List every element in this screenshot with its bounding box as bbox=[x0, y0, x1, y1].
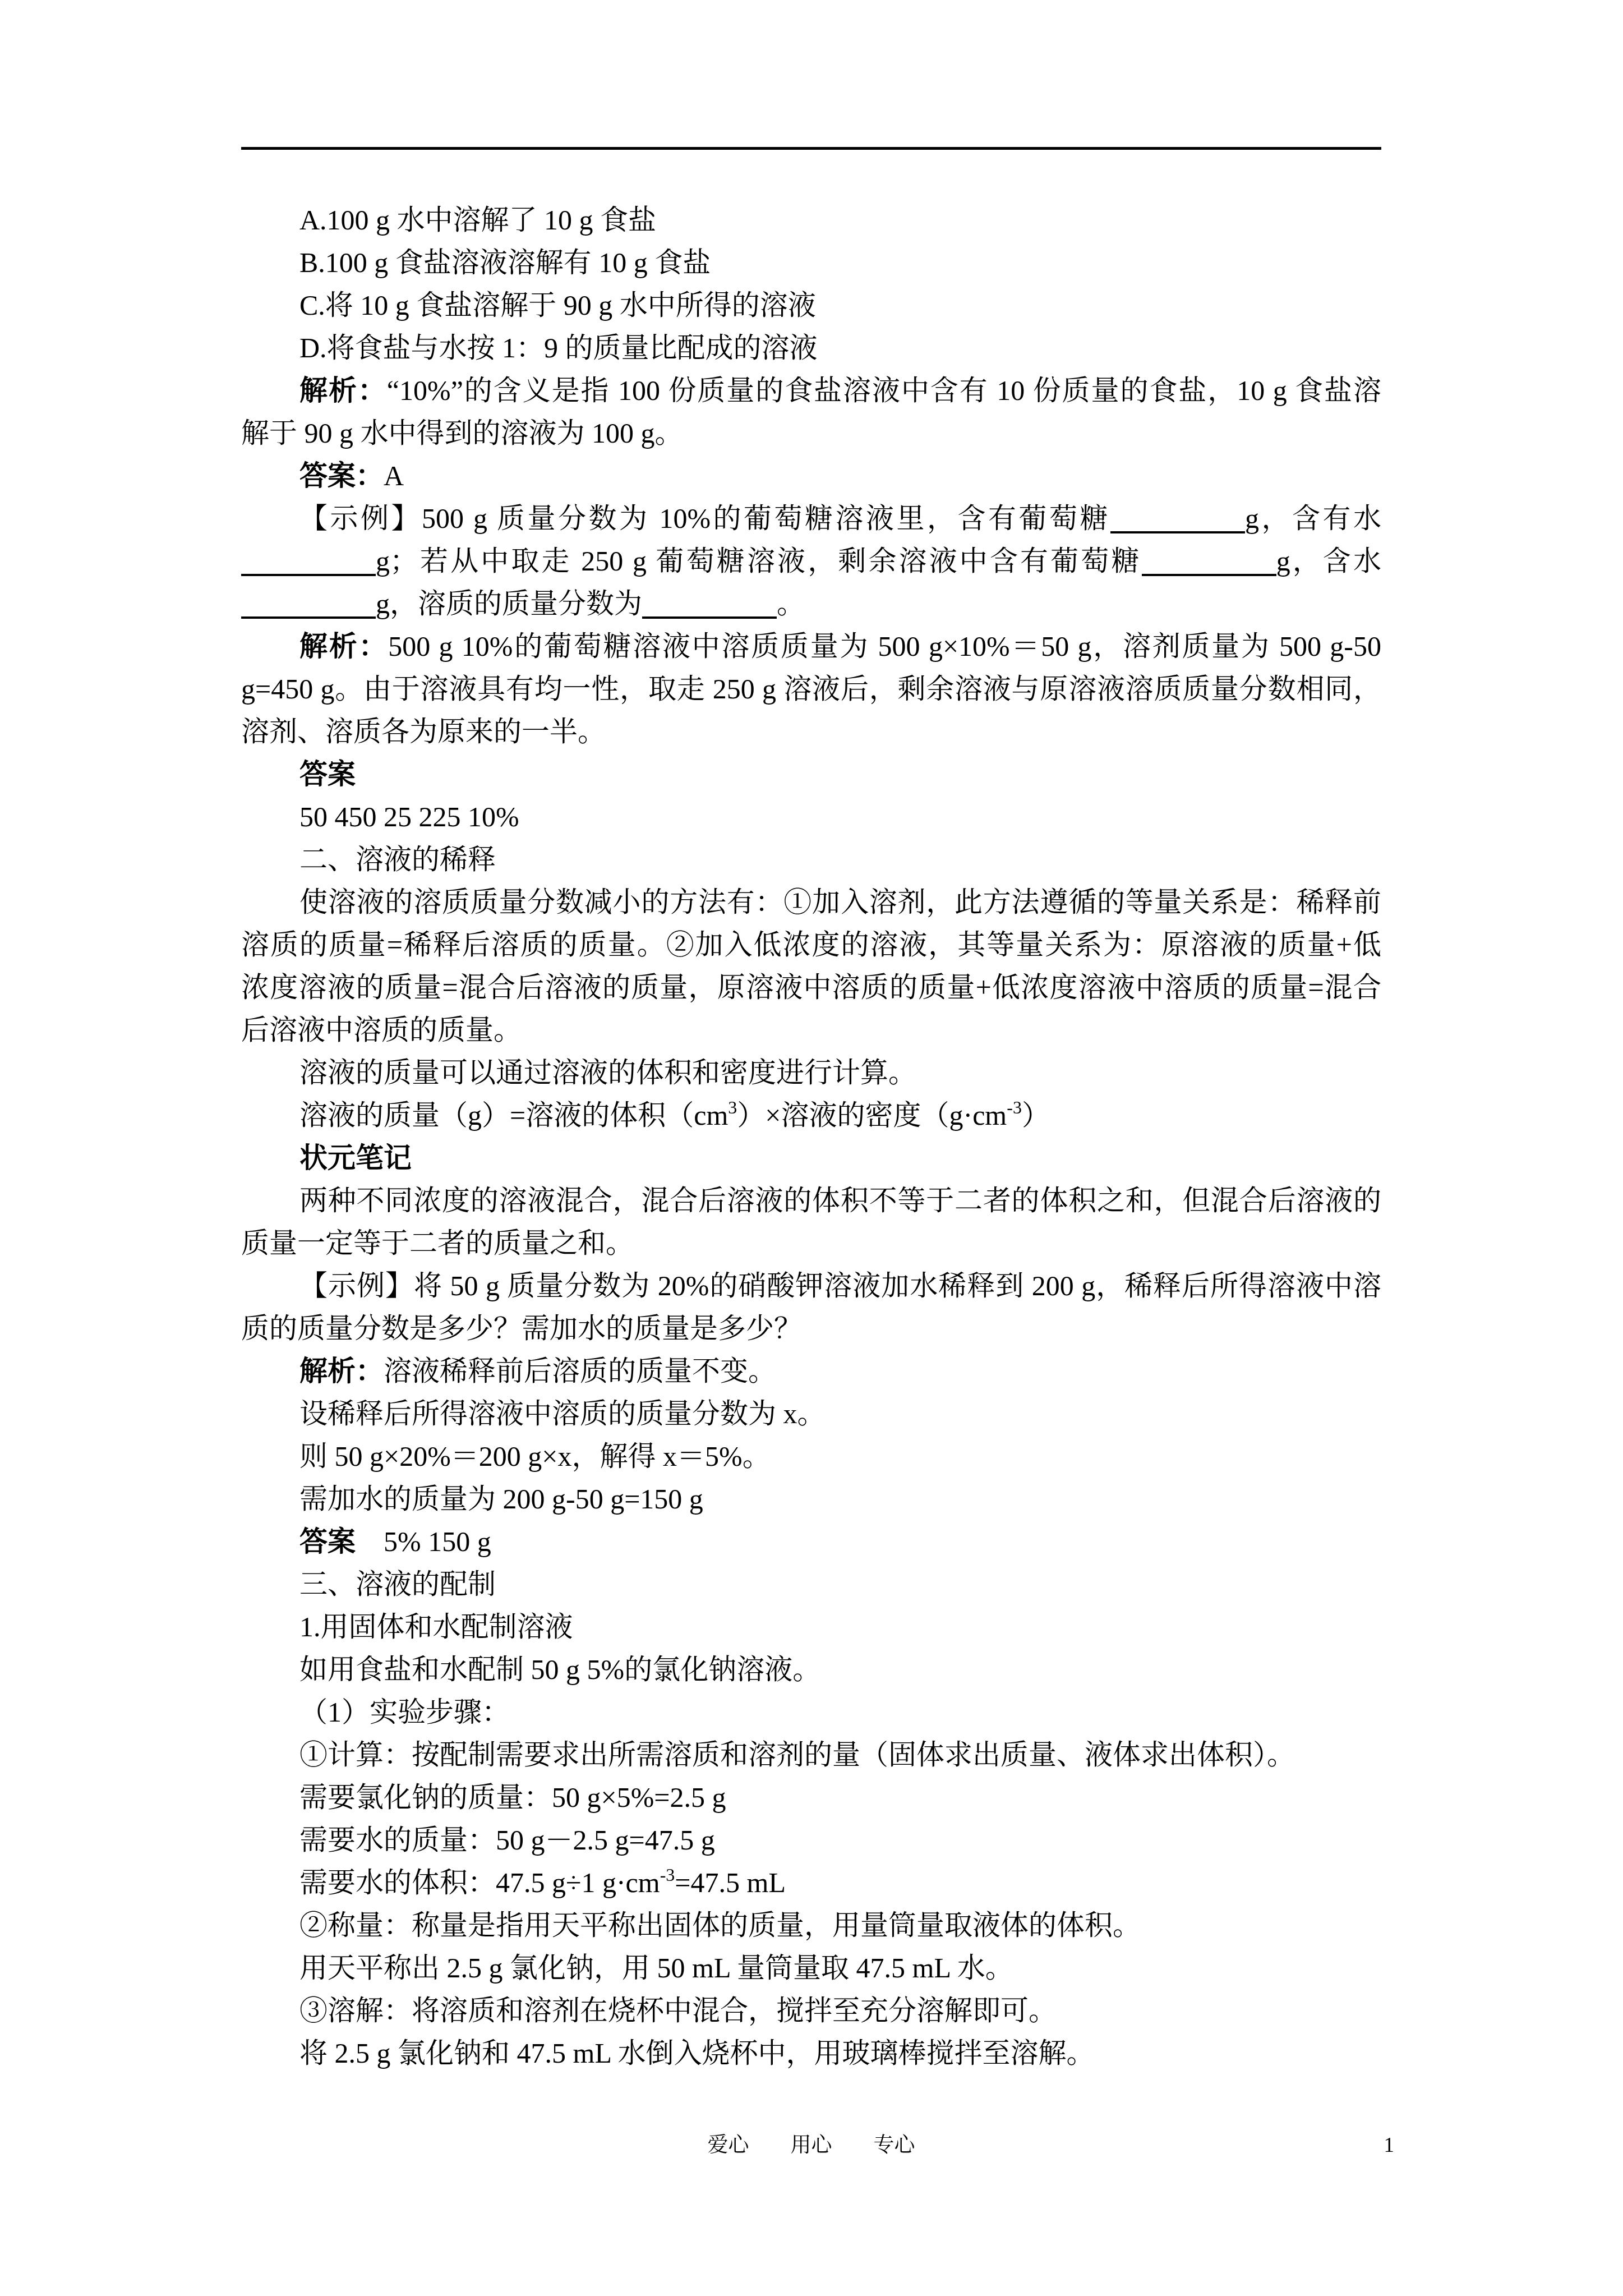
document-line: 溶液的质量可以通过溶液的体积和密度进行计算。 bbox=[241, 1051, 1381, 1094]
answer-blank bbox=[1142, 574, 1276, 576]
text-run: 需要氯化钠的质量：50 g×5%=2.5 g bbox=[299, 1782, 726, 1813]
answer-blank bbox=[241, 616, 376, 619]
document-line: ①计算：按配制需要求出所需溶质和溶剂的量（固体求出质量、液体求出体积）。 bbox=[241, 1733, 1381, 1776]
text-run: 解于 90 g 水中得到的溶液为 100 g。 bbox=[241, 417, 683, 449]
document-line: A.100 g 水中溶解了 10 g 食盐 bbox=[241, 199, 1381, 241]
document-line: 需要氯化钠的质量：50 g×5%=2.5 g bbox=[241, 1776, 1381, 1819]
text-run: ①计算：按配制需要求出所需溶质和溶剂的量（固体求出质量、液体求出体积）。 bbox=[299, 1739, 1295, 1770]
text-run: 如用食盐和水配制 50 g 5%的氯化钠溶液。 bbox=[299, 1654, 820, 1685]
text-run: “10%”的含义是指 100 份质量的食盐溶液中含有 10 份质量的食盐，10 … bbox=[387, 375, 1381, 406]
text-run: 则 50 g×20%＝200 g×x，解得 x＝5%。 bbox=[299, 1441, 771, 1472]
document-line: 如用食盐和水配制 50 g 5%的氯化钠溶液。 bbox=[241, 1648, 1381, 1691]
text-run: 溶剂、溶质各为原来的一半。 bbox=[241, 716, 606, 747]
page-number: 1 bbox=[1384, 2132, 1395, 2160]
text-run: ②称量：称量是指用天平称出固体的质量，用量筒量取液体的体积。 bbox=[299, 1910, 1141, 1941]
text-run: ）×溶液的密度（g·cm bbox=[737, 1099, 1007, 1131]
text-run: B.100 g 食盐溶液溶解有 10 g 食盐 bbox=[299, 247, 711, 278]
document-line: 溶液的质量（g）=溶液的体积（cm3）×溶液的密度（g·cm-3） bbox=[241, 1094, 1381, 1137]
text-run: 500 g 10%的葡萄糖溶液中溶质质量为 500 g×10%＝50 g，溶剂质… bbox=[388, 631, 1381, 662]
text-run: C.将 10 g 食盐溶解于 90 g 水中所得的溶液 bbox=[299, 289, 816, 321]
text-run: ③溶解：将溶质和溶剂在烧杯中混合，搅拌至充分溶解即可。 bbox=[299, 1995, 1057, 2026]
text-run: g，含水 bbox=[1276, 545, 1381, 577]
text-run: A bbox=[384, 460, 404, 491]
text-run: 5% 150 g bbox=[356, 1526, 491, 1557]
text-run: 【示例】500 g 质量分数为 10%的葡萄糖溶液里，含有葡萄糖 bbox=[299, 503, 1110, 534]
answer-blank bbox=[241, 574, 376, 576]
document-line: 解于 90 g 水中得到的溶液为 100 g。 bbox=[241, 412, 1381, 454]
footer-motto: 爱心 用心 专心 bbox=[241, 2132, 1381, 2160]
document-line: 三、溶液的配制 bbox=[241, 1563, 1381, 1605]
document-line: 需要水的质量：50 g－2.5 g=47.5 g bbox=[241, 1819, 1381, 1861]
document-line: 【示例】500 g 质量分数为 10%的葡萄糖溶液里，含有葡萄糖g，含有水 bbox=[241, 497, 1381, 540]
document-line: 解析：溶液稀释前后溶质的质量不变。 bbox=[241, 1350, 1381, 1392]
bold-text-run: 解析： bbox=[299, 375, 387, 406]
text-run: 溶质的质量=稀释后溶质的质量。②加入低浓度的溶液，其等量关系为：原溶液的质量+低 bbox=[241, 929, 1381, 960]
text-run: 三、溶液的配制 bbox=[299, 1568, 496, 1600]
document-line: ②称量：称量是指用天平称出固体的质量，用量筒量取液体的体积。 bbox=[241, 1904, 1381, 1947]
text-run: 需要水的体积：47.5 g÷1 g·cm bbox=[299, 1867, 660, 1898]
document-line: 50 450 25 225 10% bbox=[241, 795, 1381, 838]
text-run: g；若从中取走 250 g 葡萄糖溶液，剩余溶液中含有葡萄糖 bbox=[376, 545, 1142, 577]
document-line: 解析：500 g 10%的葡萄糖溶液中溶质质量为 500 g×10%＝50 g，… bbox=[241, 625, 1381, 668]
document-line: g=450 g。由于溶液具有均一性，取走 250 g 溶液后，剩余溶液与原溶液溶… bbox=[241, 668, 1381, 710]
text-run: 溶液稀释前后溶质的质量不变。 bbox=[384, 1355, 776, 1387]
document-line: D.将食盐与水按 1：9 的质量比配成的溶液 bbox=[241, 326, 1381, 369]
text-run: 浓度溶液的质量=混合后溶液的质量，原溶液中溶质的质量+低浓度溶液中溶质的质量=混… bbox=[241, 972, 1381, 1003]
text-run: 50 450 25 225 10% bbox=[299, 801, 519, 832]
text-run: 设稀释后所得溶液中溶质的质量分数为 x。 bbox=[299, 1398, 826, 1429]
document-line: 使溶液的溶质质量分数减小的方法有：①加入溶剂，此方法遵循的等量关系是：稀释前 bbox=[241, 881, 1381, 923]
document-line: 浓度溶液的质量=混合后溶液的质量，原溶液中溶质的质量+低浓度溶液中溶质的质量=混… bbox=[241, 966, 1381, 1009]
bold-text-run: 答案 bbox=[299, 758, 356, 790]
text-run: 质量一定等于二者的质量之和。 bbox=[241, 1227, 634, 1259]
text-run: 需要水的质量：50 g－2.5 g=47.5 g bbox=[299, 1824, 715, 1856]
superscript: -3 bbox=[1007, 1097, 1022, 1117]
document-line: 将 2.5 g 氯化钠和 47.5 mL 水倒入烧杯中，用玻璃棒搅拌至溶解。 bbox=[241, 2032, 1381, 2074]
document-line: 质量一定等于二者的质量之和。 bbox=[241, 1222, 1381, 1264]
document-line: 状元笔记 bbox=[241, 1137, 1381, 1179]
text-run: 质的质量分数是多少？需加水的质量是多少？ bbox=[241, 1313, 802, 1344]
document-line: B.100 g 食盐溶液溶解有 10 g 食盐 bbox=[241, 241, 1381, 284]
document-line: 1.用固体和水配制溶液 bbox=[241, 1605, 1381, 1648]
document-line: 两种不同浓度的溶液混合，混合后溶液的体积不等于二者的体积之和，但混合后溶液的 bbox=[241, 1179, 1381, 1222]
text-run: 1.用固体和水配制溶液 bbox=[299, 1611, 573, 1642]
text-run: D.将食盐与水按 1：9 的质量比配成的溶液 bbox=[299, 332, 818, 364]
document-line: g，溶质的质量分数为。 bbox=[241, 582, 1381, 625]
bold-text-run: 状元笔记 bbox=[299, 1142, 412, 1174]
text-run: 溶液的质量（g）=溶液的体积（cm bbox=[299, 1099, 728, 1131]
document-line: 用天平称出 2.5 g 氯化钠，用 50 mL 量筒量取 47.5 mL 水。 bbox=[241, 1947, 1381, 1989]
document-line: 【示例】将 50 g 质量分数为 20%的硝酸钾溶液加水稀释到 200 g，稀释… bbox=[241, 1264, 1381, 1307]
text-run: 二、溶液的稀释 bbox=[299, 844, 496, 875]
answer-blank bbox=[642, 616, 777, 619]
superscript: -3 bbox=[660, 1865, 675, 1885]
text-run: 将 2.5 g 氯化钠和 47.5 mL 水倒入烧杯中，用玻璃棒搅拌至溶解。 bbox=[299, 2037, 1095, 2069]
document-line: 溶剂、溶质各为原来的一半。 bbox=[241, 710, 1381, 753]
document-line: 则 50 g×20%＝200 g×x，解得 x＝5%。 bbox=[241, 1435, 1381, 1478]
text-run: g，含有水 bbox=[1245, 503, 1381, 534]
text-run: 。 bbox=[777, 588, 805, 619]
document-line: 答案 bbox=[241, 753, 1381, 795]
text-run: 使溶液的溶质质量分数减小的方法有：①加入溶剂，此方法遵循的等量关系是：稀释前 bbox=[299, 886, 1381, 918]
superscript: 3 bbox=[728, 1097, 737, 1117]
document-line: g；若从中取走 250 g 葡萄糖溶液，剩余溶液中含有葡萄糖g，含水 bbox=[241, 540, 1381, 582]
answer-blank bbox=[1110, 531, 1245, 533]
header-rule bbox=[241, 147, 1381, 150]
document-line: 设稀释后所得溶液中溶质的质量分数为 x。 bbox=[241, 1392, 1381, 1435]
document-line: 解析：“10%”的含义是指 100 份质量的食盐溶液中含有 10 份质量的食盐，… bbox=[241, 369, 1381, 412]
bold-text-run: 解析： bbox=[299, 1355, 384, 1387]
document-line: 后溶液中溶质的质量。 bbox=[241, 1009, 1381, 1051]
document-line: 质的质量分数是多少？需加水的质量是多少？ bbox=[241, 1307, 1381, 1350]
bold-text-run: 解析： bbox=[299, 631, 388, 662]
text-run: g，溶质的质量分数为 bbox=[376, 588, 642, 619]
text-run: =47.5 mL bbox=[675, 1867, 786, 1898]
text-run: A.100 g 水中溶解了 10 g 食盐 bbox=[299, 204, 656, 236]
document-content: A.100 g 水中溶解了 10 g 食盐B.100 g 食盐溶液溶解有 10 … bbox=[241, 199, 1381, 2074]
text-run: （1）实验步骤： bbox=[299, 1696, 510, 1728]
text-run: 后溶液中溶质的质量。 bbox=[241, 1014, 522, 1046]
text-run: 【示例】将 50 g 质量分数为 20%的硝酸钾溶液加水稀释到 200 g，稀释… bbox=[299, 1270, 1381, 1301]
text-run: ） bbox=[1022, 1099, 1050, 1131]
text-run: 需加水的质量为 200 g-50 g=150 g bbox=[299, 1483, 703, 1515]
page-footer: 爱心 用心 专心 1 bbox=[241, 2132, 1381, 2160]
document-line: 答案 5% 150 g bbox=[241, 1520, 1381, 1563]
document-line: 需要水的体积：47.5 g÷1 g·cm-3=47.5 mL bbox=[241, 1861, 1381, 1904]
document-page: A.100 g 水中溶解了 10 g 食盐B.100 g 食盐溶液溶解有 10 … bbox=[0, 0, 1623, 2296]
bold-text-run: 答案： bbox=[299, 460, 384, 491]
text-run: 两种不同浓度的溶液混合，混合后溶液的体积不等于二者的体积之和，但混合后溶液的 bbox=[299, 1185, 1381, 1216]
document-line: 需加水的质量为 200 g-50 g=150 g bbox=[241, 1478, 1381, 1520]
text-run: 用天平称出 2.5 g 氯化钠，用 50 mL 量筒量取 47.5 mL 水。 bbox=[299, 1952, 1013, 1984]
document-line: 二、溶液的稀释 bbox=[241, 838, 1381, 881]
document-line: 答案：A bbox=[241, 454, 1381, 497]
bold-text-run: 答案 bbox=[299, 1526, 356, 1557]
document-line: C.将 10 g 食盐溶解于 90 g 水中所得的溶液 bbox=[241, 284, 1381, 326]
document-line: 溶质的质量=稀释后溶质的质量。②加入低浓度的溶液，其等量关系为：原溶液的质量+低 bbox=[241, 923, 1381, 966]
document-line: ③溶解：将溶质和溶剂在烧杯中混合，搅拌至充分溶解即可。 bbox=[241, 1989, 1381, 2032]
text-run: g=450 g。由于溶液具有均一性，取走 250 g 溶液后，剩余溶液与原溶液溶… bbox=[241, 673, 1381, 705]
document-line: （1）实验步骤： bbox=[241, 1691, 1381, 1733]
text-run: 溶液的质量可以通过溶液的体积和密度进行计算。 bbox=[299, 1057, 916, 1088]
